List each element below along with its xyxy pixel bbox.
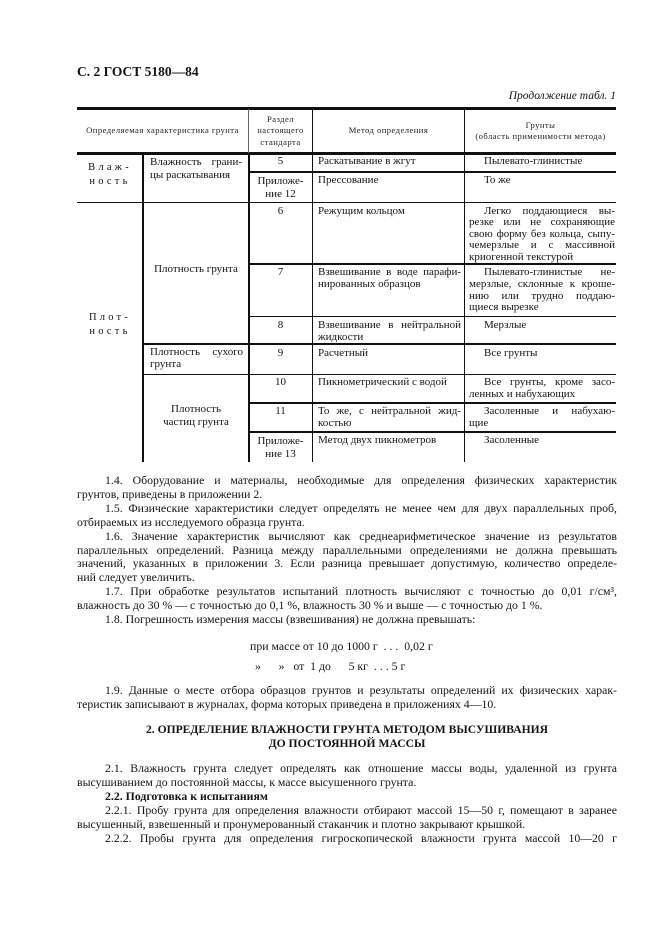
section-cell: Приложе-ние 13 [249, 435, 312, 460]
text-line: ность [77, 175, 143, 189]
characteristic-plastic-limit: Влажность грани-цы раскатывания [150, 156, 242, 182]
clause-1-9-block: 1.9. Данные о месте отбора образцов грун… [77, 684, 617, 712]
row-rule [249, 263, 616, 265]
text-line: Режущим кольцом [318, 206, 461, 218]
header-soils: Грунты(область применимости метода) [465, 110, 616, 152]
text-line: ленных и набухающих [469, 389, 615, 401]
column-rule [142, 154, 144, 462]
section-cell: 8 [249, 320, 312, 332]
text-line: 1.7. При обработке результатов испытаний… [77, 585, 617, 599]
text-line: щиеся вырезке [469, 302, 615, 314]
text-line: влажность до 30 % — с точностью до 0,1 %… [77, 599, 617, 613]
soils-cell: Все грунты, кроме засо-ленных и набухающ… [469, 377, 615, 401]
text-line: 2.1. Влажность грунта следует определять… [77, 762, 617, 776]
text-line: частиц грунта [146, 416, 246, 429]
row-rule [143, 374, 616, 375]
method-cell: Режущим кольцом [318, 206, 461, 218]
section-cell: 10 [249, 377, 312, 389]
text-line: 2. ОПРЕДЕЛЕНИЕ ВЛАЖНОСТИ ГРУНТА МЕТОДОМ … [77, 723, 617, 737]
text-line: 8 [249, 320, 312, 332]
clause-1-6: 1.6. Значение характеристик вычисляют ка… [77, 530, 617, 586]
row-rule [249, 402, 616, 404]
group-label-density: Плот-ность [77, 311, 143, 338]
section-cell: 7 [249, 267, 312, 279]
text-line: 7 [249, 267, 312, 279]
clause-1-5: 1.5. Физические характеристики следует о… [77, 502, 617, 530]
text-line: костью [318, 418, 461, 430]
method-cell: Взвешивание в нейтральнойжидкости [318, 320, 461, 344]
text-line: 1.6. Значение характеристик вычисляют ка… [77, 530, 617, 544]
characteristic-particle-density: Плотностьчастиц грунта [146, 403, 246, 429]
text-line: Засоленные [469, 435, 615, 447]
text-line: ДО ПОСТОЯННОЙ МАССЫ [77, 737, 617, 751]
text-line: отбираемых из исследуемого образца грунт… [77, 516, 617, 530]
text-line: Прессование [318, 175, 461, 187]
text-line: щие [469, 418, 615, 430]
row-rule [249, 431, 616, 433]
method-cell: Раскатывание в жгут [318, 156, 461, 168]
clause-2-2-1: 2.2.1. Пробу грунта для определения влаж… [77, 804, 617, 832]
header-section: Разделнастоящегостандарта [249, 110, 312, 152]
section-cell: 9 [249, 348, 312, 360]
text-line: 11 [249, 406, 312, 418]
text-line: стандарта [249, 137, 312, 148]
text-line: ний следует увеличить. [77, 571, 617, 585]
text-line: Грунты [465, 120, 616, 131]
text-line: Метод двух пикнометров [318, 435, 461, 447]
mass-tolerance-line: » » от 1 до 5 кг . . . 5 г [255, 659, 405, 673]
header-method: Метод определения [313, 110, 464, 152]
header-characteristic: Определяемая характеристика грунта [77, 110, 248, 152]
characteristic-soil-density: Плотность грунта [146, 264, 246, 276]
text-line: Мерзлые [469, 320, 615, 332]
clause-2-2-2: 2.2.2. Пробы грунта для определения гигр… [77, 832, 617, 846]
soils-cell: Все грунты [469, 348, 615, 360]
group-rule [77, 202, 616, 203]
clause-1-8: 1.8. Погрешность измерения массы (взвеши… [77, 613, 617, 627]
text-line: Влаж- [77, 161, 143, 175]
text-line: 1.4. Оборудование и материалы, необходим… [77, 474, 617, 488]
text-line: настоящего [249, 125, 312, 136]
subheading-2-2: 2.2. Подготовка к испытаниям [77, 790, 617, 804]
text-line: ние 13 [249, 448, 312, 461]
section-cell: 6 [249, 206, 312, 218]
text-line: нированных образцов [318, 279, 461, 291]
text-line: значений, указанных в приложении 3. Если… [77, 557, 617, 571]
section-cell: 5 [249, 156, 312, 168]
text-line: 1.8. Погрешность измерения массы (взвеши… [77, 613, 617, 627]
method-cell: Расчетный [318, 348, 461, 360]
text-line: Влажность грани- [150, 156, 242, 169]
text-line: Приложе- [249, 175, 312, 188]
section-cell: 11 [249, 406, 312, 418]
text-line: грунта [150, 359, 243, 371]
text-line: грунтов, приведены в приложении 2. [77, 488, 617, 502]
soils-cell: Легко поддающиеся вы-резке или не сохран… [469, 206, 615, 263]
soils-cell: Пылевато-глинистые не-мерзлые, склонные … [469, 267, 615, 314]
column-rule [464, 109, 465, 462]
text-line: (область применимости метода) [465, 131, 616, 142]
soils-cell: Мерзлые [469, 320, 615, 332]
text-line: 10 [249, 377, 312, 389]
method-cell: Пикнометрический с водой [318, 377, 461, 389]
text-line: 2.2.1. Пробу грунта для определения влаж… [77, 804, 617, 818]
text-line: Плотность грунта [146, 264, 246, 276]
section-heading: 2. ОПРЕДЕЛЕНИЕ ВЛАЖНОСТИ ГРУНТА МЕТОДОМ … [77, 723, 617, 751]
text-line: чемерзлые и с массивной [469, 240, 615, 251]
text-line: Раздел [249, 114, 312, 125]
text-line: Приложе- [249, 435, 312, 448]
text-line: 5 [249, 156, 312, 168]
text-line: цы раскатывания [150, 169, 242, 182]
mass-tolerance-line: при массе от 10 до 1000 г . . . 0,02 г [250, 639, 433, 653]
row-rule [249, 316, 616, 317]
text-line: 2.2.2. Пробы грунта для определения гигр… [77, 832, 617, 846]
text-line: ность [77, 325, 143, 339]
clause-1-9: 1.9. Данные о месте отбора образцов грун… [77, 684, 617, 712]
text-line: Пылевато-глинистые [469, 156, 615, 168]
group-label-moisture: Влаж-ность [77, 161, 143, 188]
method-cell: Прессование [318, 175, 461, 187]
soils-cell: То же [469, 175, 615, 187]
table-caption: Продолжение табл. 1 [509, 90, 616, 102]
running-head: С. 2 ГОСТ 5180—84 [77, 64, 199, 80]
clause-2-1: 2.1. Влажность грунта следует определять… [77, 762, 617, 790]
soils-cell: Пылевато-глинистые [469, 156, 615, 168]
text-line: жидкости [318, 332, 461, 344]
text-line: Пикнометрический с водой [318, 377, 461, 389]
text-line: криогенной текстурой [469, 252, 615, 263]
section-cell: Приложе-ние 12 [249, 175, 312, 200]
clause-1-7: 1.7. При обработке результатов испытаний… [77, 585, 617, 613]
text-line: 6 [249, 206, 312, 218]
text-line: Плотность [146, 403, 246, 416]
method-cell: Взвешивание в воде парафи-нированных обр… [318, 267, 461, 291]
characteristic-dry-density: Плотность сухогогрунта [150, 347, 243, 371]
text-line: мерзлые, склонные к кроше- [469, 279, 615, 291]
soils-cell: Засоленные [469, 435, 615, 447]
text-line: Метод определения [313, 125, 464, 136]
text-line: высушиванием до постоянной массы, к масс… [77, 776, 617, 790]
clauses-2-1-to-2-2-2: 2.1. Влажность грунта следует определять… [77, 762, 617, 845]
clause-1-4: 1.4. Оборудование и материалы, необходим… [77, 474, 617, 502]
text-line: То же [469, 175, 615, 187]
text-line: высушенный, взвешенный и пронумерованный… [77, 818, 617, 832]
text-line: Засоленные и набухаю- [469, 406, 615, 418]
text-line: 1.9. Данные о месте отбора образцов грун… [77, 684, 617, 698]
text-line: Плот- [77, 311, 143, 325]
text-line: Все грунты [469, 348, 615, 360]
text-line: ние 12 [249, 188, 312, 201]
text-line: параллельных определений. Разница между … [77, 544, 617, 558]
method-cell: То же, с нейтральной жид-костью [318, 406, 461, 430]
text-line: 1.5. Физические характеристики следует о… [77, 502, 617, 516]
text-line: 9 [249, 348, 312, 360]
text-line: теристик записывают в журналах, форма ко… [77, 698, 617, 712]
method-cell: Метод двух пикнометров [318, 435, 461, 447]
row-rule [249, 171, 616, 173]
text-line: Раскатывание в жгут [318, 156, 461, 168]
clauses-1-4-to-1-8: 1.4. Оборудование и материалы, необходим… [77, 474, 617, 627]
soils-cell: Засоленные и набухаю-щие [469, 406, 615, 430]
text-line: Расчетный [318, 348, 461, 360]
text-line: Определяемая характеристика грунта [77, 125, 248, 136]
column-rule [312, 109, 313, 462]
